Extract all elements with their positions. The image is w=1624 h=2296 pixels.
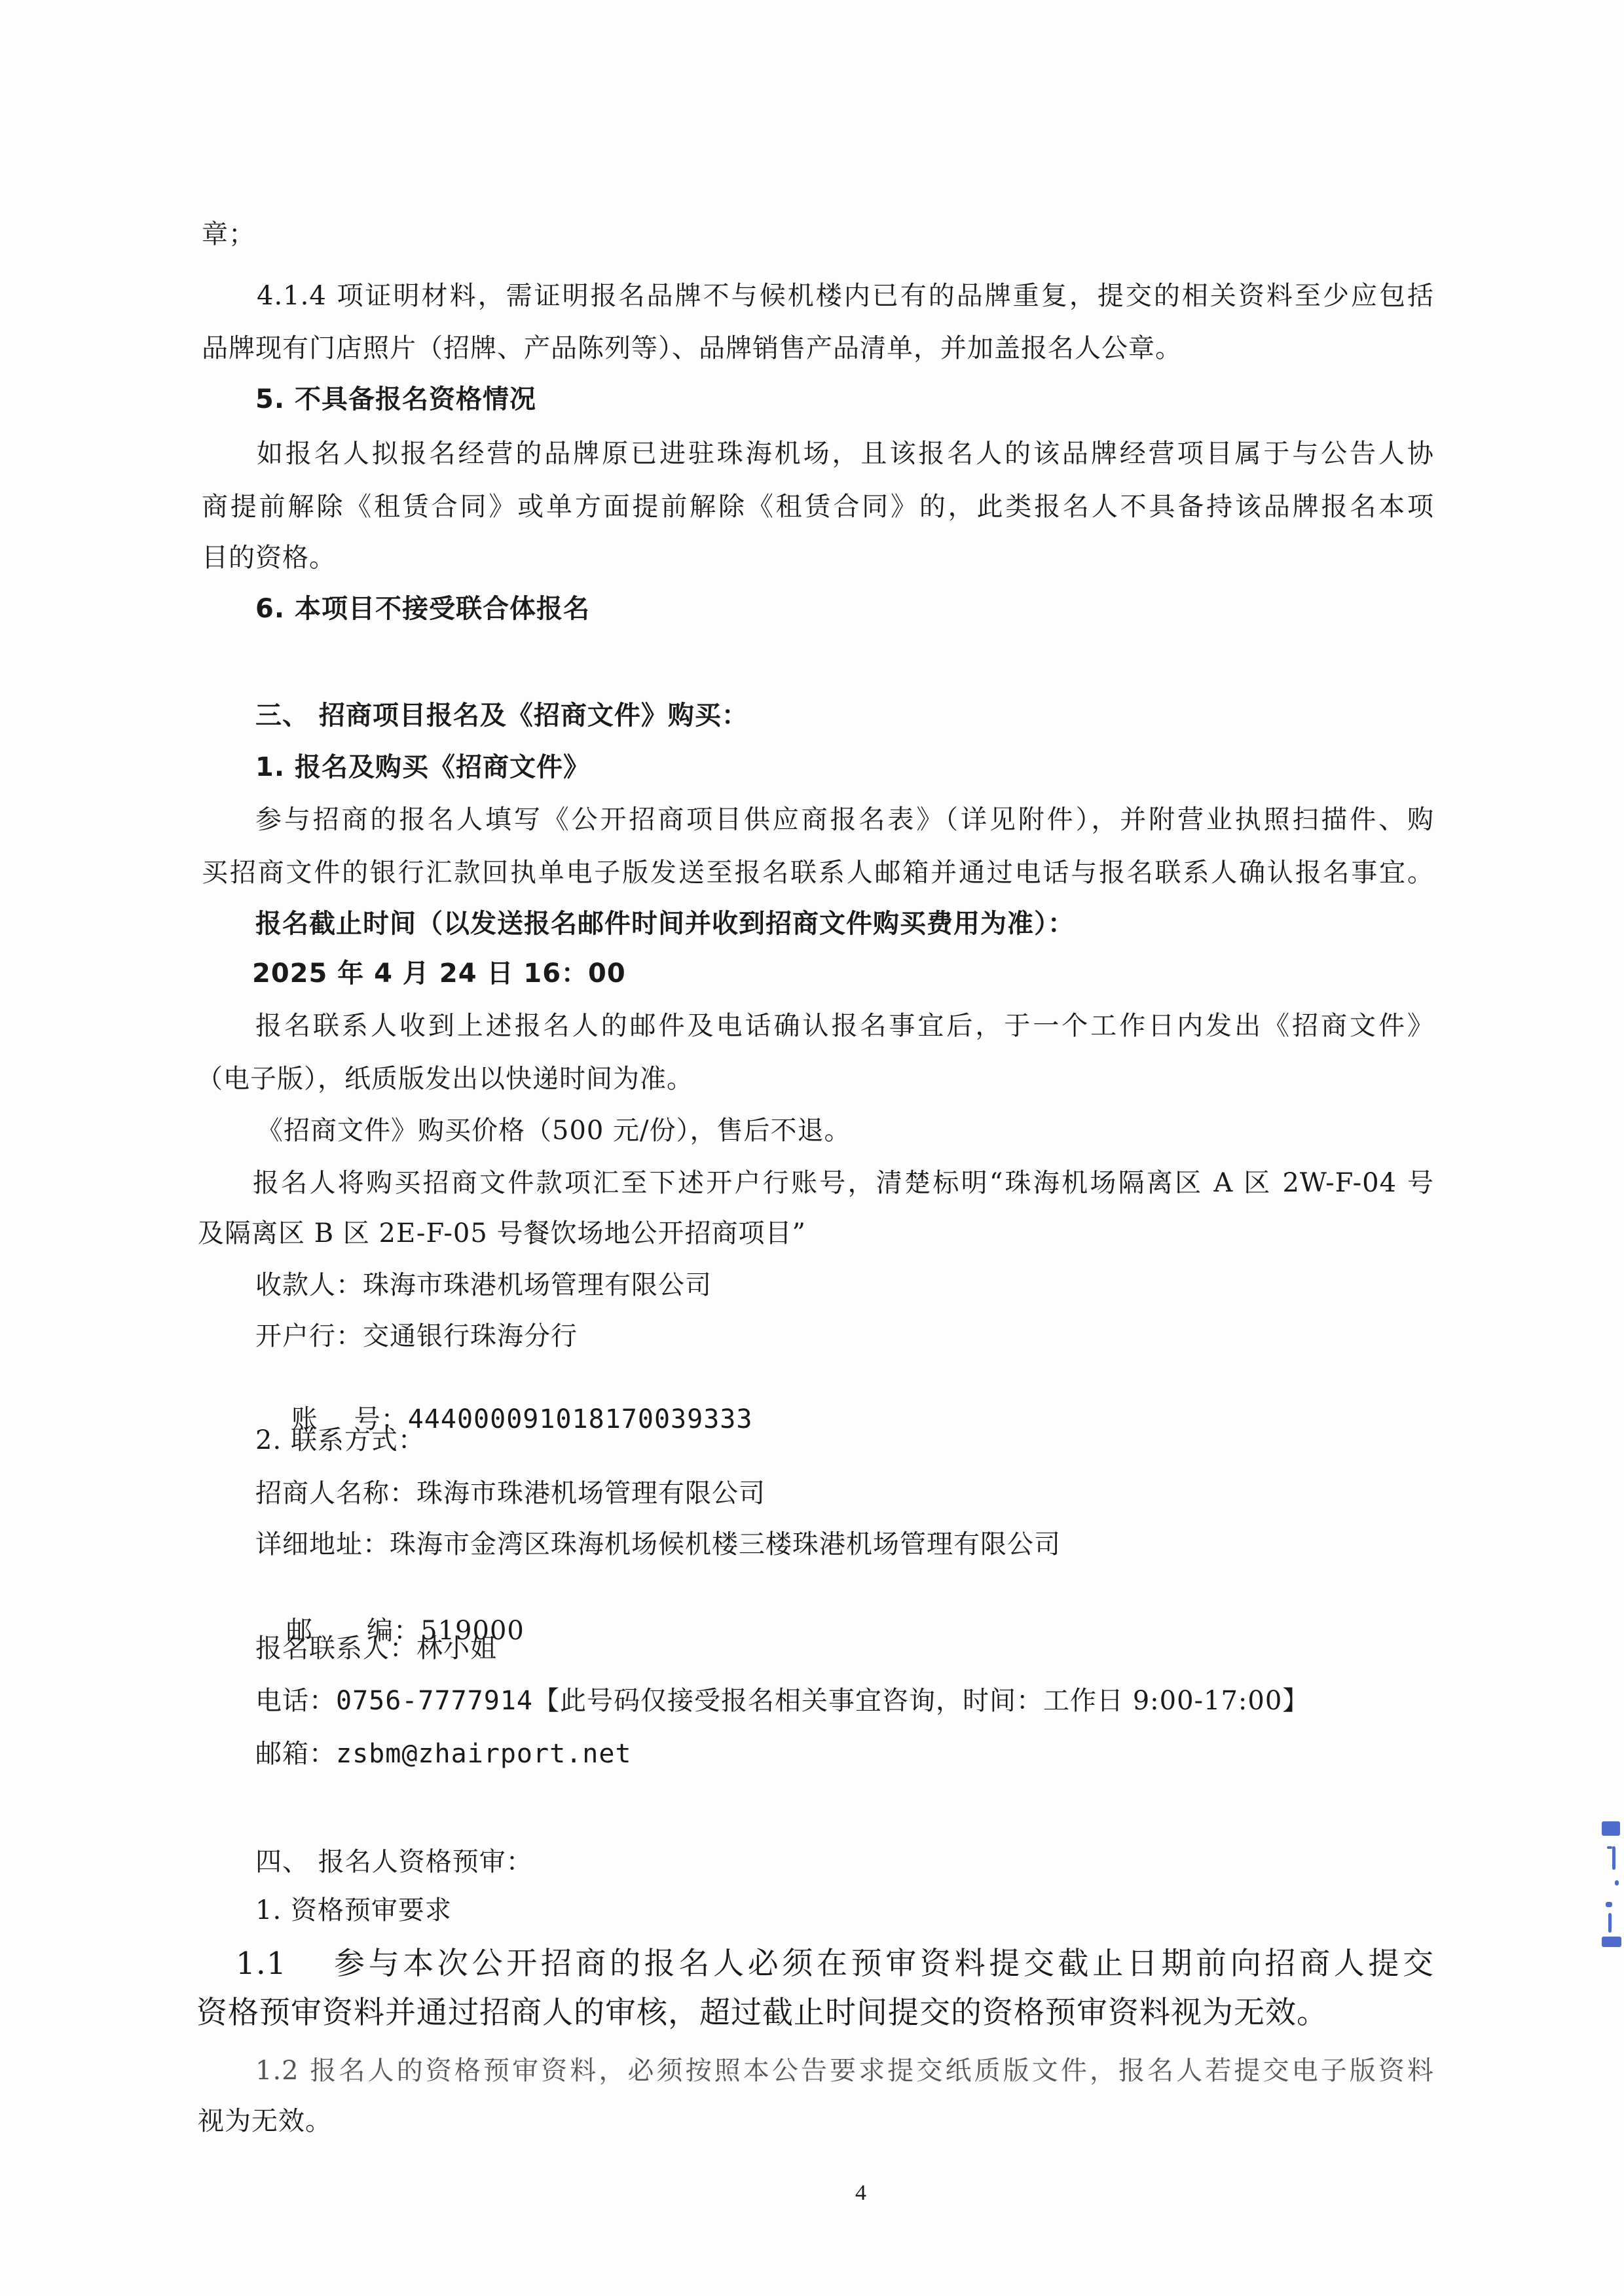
payee-label: 收款人： xyxy=(255,1270,363,1300)
bank-value: 交通银行珠海分行 xyxy=(363,1321,578,1351)
text-line: 商提前解除《租赁合同》或单方面提前解除《租赁合同》的，此类报名人不具备持该品牌报… xyxy=(202,491,1434,522)
email-value: zsbm@zhairport.net xyxy=(336,1739,631,1769)
account-value: 444000091018170039333 xyxy=(408,1404,753,1434)
text-line: 4.1.4 项证明材料，需证明报名品牌不与候机楼内已有的品牌重复，提交的相关资料… xyxy=(202,280,1434,312)
text-line: 如报名人拟报名经营的品牌原已进驻珠海机场，且该报名人的该品牌经营项目属于与公告人… xyxy=(202,438,1434,469)
text-line: 1.2 报名人的资格预审资料，必须按照本公告要求提交纸质版文件，报名人若提交电子… xyxy=(202,2055,1434,2086)
text-line: 报名联系人收到上述报名人的邮件及电话确认报名事宜后，于一个工作日内发出《招商文件… xyxy=(202,1010,1434,1042)
subsection-heading: 1. 报名及购买《招商文件》 xyxy=(255,752,590,783)
section-heading-6: 6. 本项目不接受联合体报名 xyxy=(255,593,590,625)
section-heading-5: 5. 不具备报名资格情况 xyxy=(255,384,536,415)
text-line: 买招商文件的银行汇款回执单电子版发送至报名联系人邮箱并通过电话与报名联系人确认报… xyxy=(202,857,1434,888)
payee-value: 珠海市珠港机场管理有限公司 xyxy=(363,1270,712,1300)
email-label: 邮箱： xyxy=(255,1739,336,1769)
text-line: 报名人将购买招商文件款项汇至下述开户行账号，清楚标明“珠海机场隔离区 A 区 2… xyxy=(202,1167,1434,1199)
contact-person-row: 报名联系人：林小姐 xyxy=(255,1633,497,1664)
deadline-value: 2025 年 4 月 24 日 16：00 xyxy=(252,958,626,989)
seal-stamp-edge xyxy=(1598,1807,1621,1948)
company-label: 招商人名称： xyxy=(255,1478,416,1508)
clause-number: 1.1 xyxy=(236,1946,287,1982)
company-row: 招商人名称：珠海市珠港机场管理有限公司 xyxy=(255,1478,766,1509)
address-row: 详细地址：珠海市金湾区珠海机场候机楼三楼珠港机场管理有限公司 xyxy=(255,1529,1061,1560)
text-line: （电子版），纸质版发出以快递时间为准。 xyxy=(196,1063,693,1095)
subsection-heading: 1. 资格预审要求 xyxy=(255,1895,452,1926)
text-line: 目的资格。 xyxy=(202,542,336,574)
phone-note: 【此号码仅接受报名相关事宜咨询，时间：工作日 9:00-17:00】 xyxy=(533,1686,1309,1716)
phone-label: 电话： xyxy=(255,1686,336,1716)
bank-row: 开户行：交通银行珠海分行 xyxy=(255,1321,578,1352)
company-value: 珠海市珠港机场管理有限公司 xyxy=(416,1478,766,1508)
text-line: 资格预审资料并通过招商人的审核，超过截止时间提交的资格预审资料视为无效。 xyxy=(196,1995,1328,2032)
address-value: 珠海市金湾区珠海机场候机楼三楼珠港机场管理有限公司 xyxy=(390,1529,1061,1559)
document-page: 章； 4.1.4 项证明材料，需证明报名品牌不与候机楼内已有的品牌重复，提交的相… xyxy=(0,0,1624,2296)
phone-value: 0756-7777914 xyxy=(336,1686,533,1716)
deadline-label: 报名截止时间（以发送报名邮件时间并收到招商文件购买费用为准）： xyxy=(255,908,1075,939)
text-line: 品牌现有门店照片（招牌、产品陈列等）、品牌销售产品清单，并加盖报名人公章。 xyxy=(202,333,1182,364)
text-line: 章； xyxy=(202,219,255,250)
section-heading-3: 三、 招商项目报名及《招商文件》购买： xyxy=(255,700,748,731)
text-line: 及隔离区 B 区 2E-F-05 号餐饮场地公开招商项目” xyxy=(198,1218,806,1249)
section-heading-4: 四、 报名人资格预审： xyxy=(255,1846,533,1878)
price-line: 《招商文件》购买价格（500 元/份），售后不退。 xyxy=(257,1115,851,1146)
payee-row: 收款人：珠海市珠港机场管理有限公司 xyxy=(255,1269,712,1301)
contact-person-label: 报名联系人： xyxy=(255,1633,416,1664)
contact-heading: 2. 联系方式： xyxy=(255,1425,425,1456)
bank-label: 开户行： xyxy=(255,1321,363,1351)
phone-row: 电话：0756-7777914【此号码仅接受报名相关事宜咨询，时间：工作日 9:… xyxy=(255,1685,1309,1717)
contact-person-value: 林小姐 xyxy=(416,1633,497,1664)
page-number: 4 xyxy=(855,2178,867,2209)
text-line: 参与本次公开招商的报名人必须在预审资料提交截止日期前向招商人提交 xyxy=(334,1946,1434,1982)
address-label: 详细地址： xyxy=(255,1529,390,1559)
email-row: 邮箱：zsbm@zhairport.net xyxy=(255,1738,631,1770)
text-line: 参与招商的报名人填写《公开招商项目供应商报名表》（详见附件），并附营业执照扫描件… xyxy=(202,804,1434,835)
text-line: 视为无效。 xyxy=(198,2105,332,2137)
